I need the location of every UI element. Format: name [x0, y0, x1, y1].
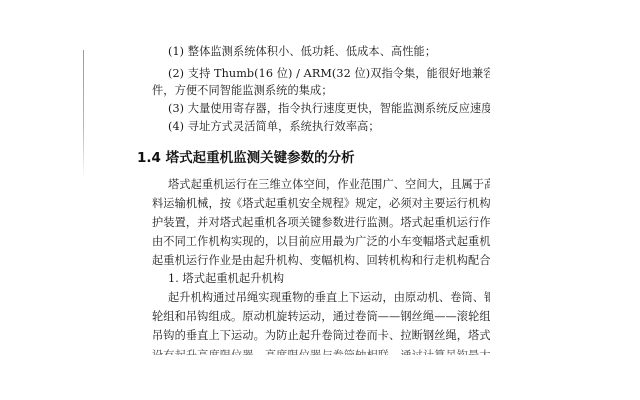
paragraph-line: 起升机构通过吊绳实现重物的垂直上下运动，由原动机、卷筒、钢丝绳、滚	[168, 291, 490, 305]
paragraph-line: 吊钩的垂直上下运动。为防止起升卷筒过卷而卡、拉断钢丝绳，塔式起重机一般	[152, 329, 490, 343]
list-item-4: (4) 寻址方式灵活简单，系统执行效率高；	[168, 120, 490, 134]
paragraph-line-last: 起重机运行作业是由起升机构、变幅机构、回转机构和行走机构配合完成[15, 16]…	[152, 254, 490, 268]
scan-margin-line	[83, 50, 84, 180]
list-item-2-continued: 件，方便不同智能监测系统的集成；	[152, 84, 490, 98]
paragraph-line: 由不同工作机构实现的，以目前应用最为广泛的小车变幅塔式起重机来说，塔式	[152, 235, 490, 249]
paragraph-line-cut-off: 设有起升高度限位器，高度限位器与卷筒轴相联，通过计算吊钩最大高度和最大	[152, 349, 490, 355]
list-item-3: (3) 大量使用寄存器，指令执行速度更快，智能监测系统反应速度快；	[168, 102, 490, 116]
paragraph-line: 料运输机械，按《塔式起重机安全规程》规定，必须对主要运行机构装设安全保	[152, 197, 490, 211]
scanned-document-page: (1) 整体监测系统体积小、低功耗、低成本、高性能； (2) 支持 Thumb(…	[0, 0, 640, 400]
paragraph-line: 轮组和吊钩组成。原动机旋转运动，通过卷筒——钢丝绳——滚轮组等机构变为	[152, 310, 490, 324]
paragraph-line: 塔式起重机运行在三维立体空间，作业范围广、空间大，且属于高危险型物	[168, 178, 490, 192]
section-heading: 1.4 塔式起重机监测关键参数的分析	[137, 150, 355, 166]
paragraph-text: 起重机运行作业是由起升机构、变幅机构、回转机构和行走机构配合完成	[152, 254, 490, 267]
list-item-2: (2) 支持 Thumb(16 位) / ARM(32 位)双指令集，能很好地兼…	[168, 67, 490, 81]
subheading: 1. 塔式起重机起升机构	[168, 272, 490, 286]
list-item-1: (1) 整体监测系统体积小、低功耗、低成本、高性能；	[168, 45, 490, 59]
paragraph-line: 护装置，并对塔式起重机各项关键参数进行监测。塔式起重机运行作业功能是经	[152, 216, 490, 230]
